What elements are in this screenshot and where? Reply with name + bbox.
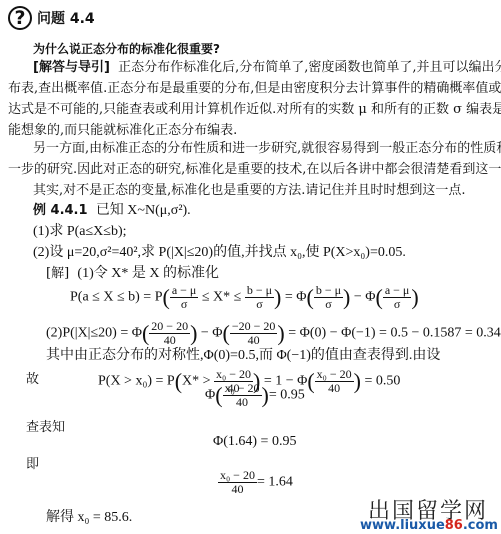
i-e-label: 即: [26, 453, 39, 472]
text: −20 − 20: [230, 320, 278, 334]
equation-2: (2)P(|X|≤20) = Φ(20 − 2040) − Φ(−20 − 20…: [46, 320, 501, 347]
symmetry-note: 其中由正态分布的对称性,Φ(0)=0.5,而 Φ(−1)的值由查表得到.由设: [46, 346, 440, 367]
text: a − μ: [383, 284, 412, 298]
solution-label: [解]: [46, 266, 69, 281]
text: 已知 X~N(μ,σ²).: [96, 203, 191, 218]
answer-line-2: 布表,查出概率值.正态分布是最重要的分布,但是由密度积分去计算事件的精确概率值或…: [8, 79, 501, 100]
example-part-1: (1)求 P(a≤X≤b);: [33, 222, 127, 243]
text: b − μ: [314, 284, 343, 298]
question-circle-icon: ?: [8, 6, 32, 30]
text: (1)令 X* 是 X 的标准化: [77, 266, 219, 281]
text: P(X > x₀) = P: [98, 374, 175, 389]
section-title: 问题 4.4: [37, 8, 95, 28]
therefore-label: 故: [26, 368, 39, 387]
answer-line-3: 达式是不可能的,只能查表或利用计算机作近似.对所有的实数 μ 和所有的正数 σ …: [8, 100, 501, 121]
text: σ: [170, 298, 199, 311]
equation-5: Φ(1.64) = 0.95: [213, 434, 296, 450]
example-label: 例 4.4.1: [33, 203, 88, 218]
equation-4: Φ(x₀ − 2040)= 0.95: [205, 382, 305, 409]
equation-6: x₀ − 2040= 1.64: [218, 469, 293, 496]
text: (2)P(|X|≤20) = Φ: [46, 326, 142, 341]
example-heading: 例 4.4.1 已知 X~N(μ,σ²).: [33, 201, 191, 222]
text: 86: [445, 518, 463, 533]
text: www.liuxue: [360, 518, 445, 533]
text: 正态分布作标准化后,分布简单了,密度函数也简单了,并且可以编出分: [118, 60, 501, 75]
text: 40: [315, 382, 354, 395]
text: σ: [383, 298, 412, 311]
text: x₀ − 20: [315, 368, 354, 382]
answer-label: [解答与导引]: [33, 60, 110, 75]
final-result: 解得 x₀ = 85.6.: [46, 506, 132, 526]
text: ≤ X* ≤: [202, 290, 241, 305]
text: σ: [314, 298, 343, 311]
text: 40: [218, 483, 257, 496]
text: x₀ − 20: [214, 368, 253, 382]
text: 20 − 20: [149, 320, 190, 334]
text: = 0.95: [269, 388, 305, 403]
text: = 0.50: [364, 374, 400, 389]
text: = 1.64: [257, 475, 293, 490]
text: a − μ: [170, 284, 199, 298]
question-text: 为什么说正态分布的标准化很重要?: [33, 40, 220, 57]
text: x₀ − 20: [223, 382, 262, 396]
example-part-2: (2)设 μ=20,σ²=40²,求 P(|X|≤20)的值,并找点 x₀,使 …: [33, 243, 406, 264]
text: σ: [245, 298, 274, 311]
text: .com: [463, 518, 498, 533]
answer-line-1: [解答与导引] 正态分布作标准化后,分布简单了,密度函数也简单了,并且可以编出分: [33, 58, 501, 79]
section-header: ? 问题 4.4: [8, 6, 95, 30]
text: = Φ(0) − Φ(−1) = 0.5 − 0.1587 = 0.3413: [288, 326, 501, 341]
para2-line-2: 一步的研究.因此对正态的研究,标准化是重要的技术,在以后各讲中都会很清楚看到这一…: [8, 160, 501, 181]
para3: 其实,对不是正态的变量,标准化也是重要的方法.请记住并且时时想到这一点.: [33, 181, 466, 202]
text: b − μ: [245, 284, 274, 298]
text: P(a ≤ X ≤ b) = P: [70, 290, 162, 305]
equation-1: P(a ≤ X ≤ b) = P(a − μσ ≤ X* ≤ b − μσ) =…: [70, 284, 419, 311]
text: 40: [223, 396, 262, 409]
lookup-label: 查表知: [26, 416, 65, 435]
para2-line-1: 另一方面,由标准正态的分布性质和进一步研究,就很容易得到一般正态分布的性质和进: [33, 139, 501, 160]
text: x₀ − 20: [218, 469, 257, 483]
solution-heading: [解] (1)令 X* 是 X 的标准化: [46, 264, 219, 285]
watermark-url: www.liuxue86.com: [360, 518, 498, 533]
